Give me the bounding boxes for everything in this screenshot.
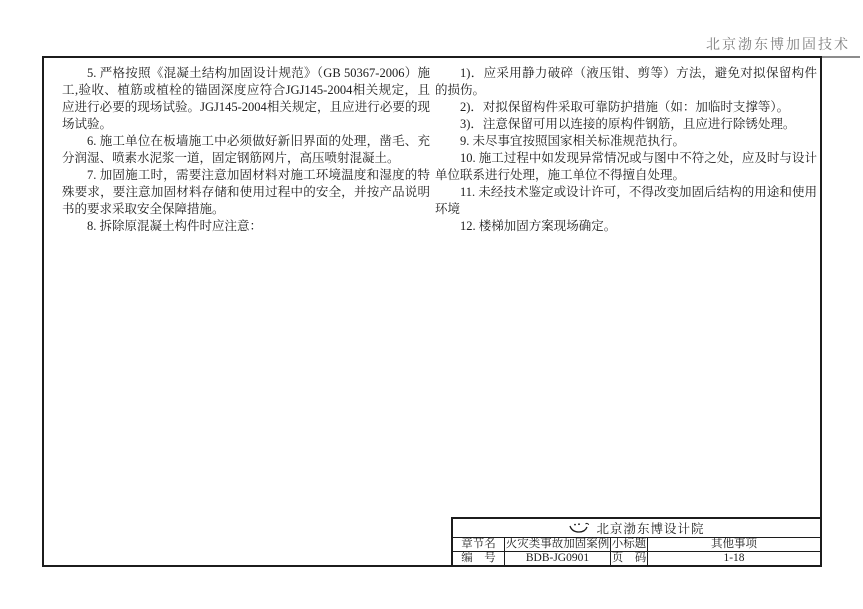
note-paragraph: 12. 楼梯加固方案现场确定。 — [435, 218, 817, 235]
company-name: 北京渤东博设计院 — [596, 519, 704, 537]
note-paragraph: 3)．注意保留可用以连接的原构件钢筋，且应进行除锈处理。 — [435, 116, 817, 133]
note-paragraph: 10. 施工过程中如发现异常情况或与图中不符之处，应及时与设计单位联系进行处理，… — [435, 150, 817, 184]
content-border: 5. 严格按照《混凝土结构加固设计规范》（GB 50367-2006）施工,验收… — [42, 56, 822, 567]
page-label: 页 码 — [611, 552, 648, 565]
page-value: 1-18 — [648, 552, 820, 565]
chapter-value: 火灾类事故加固案例 — [505, 538, 611, 551]
note-paragraph: 7. 加固施工时，需要注意加固材料对施工环境温度和湿度的特殊要求，要注意加固材料… — [62, 167, 430, 218]
title-block-table: 北京渤东博设计院 章节名 火灾类事故加固案例 小标题 其他事项 编 号 BDB-… — [451, 517, 822, 567]
number-label: 编 号 — [453, 552, 505, 565]
note-paragraph: 1)．应采用静力破碎（液压钳、剪等）方法，避免对拟保留构件的损伤。 — [435, 65, 817, 99]
note-paragraph: 2)．对拟保留构件采取可靠防护措施（如：加临时支撑等）。 — [435, 99, 817, 116]
note-paragraph: 8. 拆除原混凝土构件时应注意： — [62, 218, 430, 235]
document-page: 北京渤东博加固技术 5. 严格按照《混凝土结构加固设计规范》（GB 50367-… — [0, 0, 863, 609]
number-value: BDB-JG0901 — [505, 552, 611, 565]
calligraphy-swoosh-icon — [568, 522, 590, 535]
subtitle-label: 小标题 — [611, 538, 648, 551]
note-paragraph: 5. 严格按照《混凝土结构加固设计规范》（GB 50367-2006）施工,验收… — [62, 65, 430, 133]
subtitle-value: 其他事项 — [648, 538, 820, 551]
notes-column-left: 5. 严格按照《混凝土结构加固设计规范》（GB 50367-2006）施工,验收… — [62, 65, 430, 235]
title-block-row-1: 章节名 火灾类事故加固案例 小标题 其他事项 — [453, 538, 820, 552]
note-paragraph: 9. 未尽事宜按照国家相关标准规范执行。 — [435, 133, 817, 150]
note-paragraph: 11. 未经技术鉴定或设计许可，不得改变加固后结构的用途和使用环境 — [435, 184, 817, 218]
notes-column-right: 1)．应采用静力破碎（液压钳、剪等）方法，避免对拟保留构件的损伤。 2)．对拟保… — [435, 65, 817, 235]
chapter-label: 章节名 — [453, 538, 505, 551]
note-paragraph: 6. 施工单位在板墙施工中必须做好新旧界面的处理，凿毛、充分润湿、喷素水泥浆一道… — [62, 133, 430, 167]
page-header-title: 北京渤东博加固技术 — [697, 34, 860, 58]
title-block-row-2: 编 号 BDB-JG0901 页 码 1-18 — [453, 552, 820, 565]
company-title-row: 北京渤东博设计院 — [453, 519, 820, 538]
